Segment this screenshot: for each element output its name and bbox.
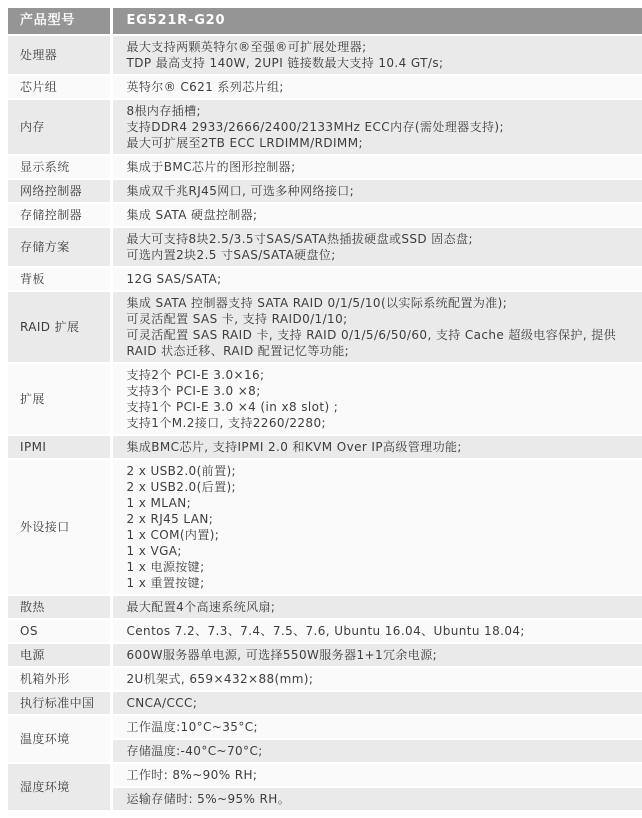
spec-row-value: 8根内存插槽;支持DDR4 2933/2666/2400/2133MHz ECC… <box>111 99 642 155</box>
spec-row-label: 电源 <box>8 643 111 667</box>
spec-row-label: 扩展 <box>8 363 111 435</box>
spec-row-label: OS <box>8 619 111 643</box>
spec-row: 网络控制器集成双千兆RJ45网口, 可选多种网络接口; <box>8 179 642 203</box>
spec-table: 产品型号 EG521R-G20 处理器最大支持两颗英特尔®至强®可扩展处理器;T… <box>8 8 642 812</box>
spec-row-value: 集成双千兆RJ45网口, 可选多种网络接口; <box>111 179 642 203</box>
spec-value-line: 存储温度:-40°C~70°C; <box>127 743 633 759</box>
spec-row: OSCentos 7.2、7.3、7.4、7.5、7.6, Ubuntu 16.… <box>8 619 642 643</box>
spec-row-value: 最大可支持8块2.5/3.5寸SAS/SATA热插拔硬盘或SSD 固态盘;可选内… <box>111 227 642 267</box>
spec-row-label: 机箱外形 <box>8 667 111 691</box>
spec-row: 电源600W服务器单电源, 可选择550W服务器1+1冗余电源; <box>8 643 642 667</box>
spec-value-line: 集成于BMC芯片的图形控制器; <box>127 159 633 175</box>
spec-row: 存储方案最大可支持8块2.5/3.5寸SAS/SATA热插拔硬盘或SSD 固态盘… <box>8 227 642 267</box>
spec-value-line: 集成双千兆RJ45网口, 可选多种网络接口; <box>127 183 633 199</box>
spec-row-label: 背板 <box>8 267 111 291</box>
spec-table-body: 处理器最大支持两颗英特尔®至强®可扩展处理器;TDP 最高支持 140W, 2U… <box>8 35 642 811</box>
spec-row-value: 2U机架式, 659×432×88(mm); <box>111 667 642 691</box>
spec-value-line: 支持3个 PCI-E 3.0 ×8; <box>127 383 633 399</box>
spec-row: 显示系统集成于BMC芯片的图形控制器; <box>8 155 642 179</box>
spec-value-line: 12G SAS/SATA; <box>127 271 633 287</box>
spec-row: 执行标准中国CNCA/CCC; <box>8 691 642 715</box>
spec-row: IPMI集成BMC芯片, 支持IPMI 2.0 和KVM Over IP高级管理… <box>8 435 642 459</box>
spec-row-value: 集成 SATA 硬盘控制器; <box>111 203 642 227</box>
spec-row-label: 湿度环境 <box>8 763 111 811</box>
table-header-row: 产品型号 EG521R-G20 <box>8 8 642 35</box>
spec-row-value: 工作时: 8%~90% RH; <box>111 763 642 787</box>
spec-row: 扩展支持2个 PCI-E 3.0×16;支持3个 PCI-E 3.0 ×8;支持… <box>8 363 642 435</box>
spec-row-value: 12G SAS/SATA; <box>111 267 642 291</box>
spec-value-line: 支持DDR4 2933/2666/2400/2133MHz ECC内存(需处理器… <box>127 119 633 135</box>
spec-row-value: 运输存储时: 5%~95% RH。 <box>111 787 642 811</box>
spec-value-line: 集成 SATA 硬盘控制器; <box>127 207 633 223</box>
spec-row-value: Centos 7.2、7.3、7.4、7.5、7.6, Ubuntu 16.04… <box>111 619 642 643</box>
spec-value-line: 工作时: 8%~90% RH; <box>127 767 633 783</box>
spec-row-label: 内存 <box>8 99 111 155</box>
spec-value-line: TDP 最高支持 140W, 2UPI 链接数最大支持 10.4 GT/s; <box>127 55 633 71</box>
spec-row: 温度环境工作温度:10°C~35°C; <box>8 715 642 739</box>
spec-row: 机箱外形2U机架式, 659×432×88(mm); <box>8 667 642 691</box>
spec-value-line: 可选内置2块2.5 寸SAS/SATA硬盘位; <box>127 247 633 263</box>
product-model-value: EG521R-G20 <box>111 8 642 35</box>
spec-value-line: 运输存储时: 5%~95% RH。 <box>127 791 633 807</box>
spec-row-label: 存储控制器 <box>8 203 111 227</box>
spec-row: 存储控制器集成 SATA 硬盘控制器; <box>8 203 642 227</box>
spec-value-line: 2 x USB2.0(后置); <box>127 479 633 495</box>
spec-value-line: 支持2个 PCI-E 3.0×16; <box>127 367 633 383</box>
spec-value-line: 1 x VGA; <box>127 543 633 559</box>
spec-row-label: 显示系统 <box>8 155 111 179</box>
spec-row: RAID 扩展集成 SATA 控制器支持 SATA RAID 0/1/5/10(… <box>8 291 642 363</box>
spec-value-line: 工作温度:10°C~35°C; <box>127 719 633 735</box>
spec-row: 芯片组英特尔® C621 系列芯片组; <box>8 75 642 99</box>
spec-value-line: 最大支持两颗英特尔®至强®可扩展处理器; <box>127 39 633 55</box>
spec-value-line: 可灵活配置 SAS 卡, 支持 RAID0/1/10; <box>127 311 633 327</box>
product-model-label: 产品型号 <box>8 8 111 35</box>
spec-value-line: 英特尔® C621 系列芯片组; <box>127 79 633 95</box>
spec-row: 散热最大配置4个高速系统风扇; <box>8 595 642 619</box>
spec-value-line: Centos 7.2、7.3、7.4、7.5、7.6, Ubuntu 16.04… <box>127 623 633 639</box>
spec-row: 内存8根内存插槽;支持DDR4 2933/2666/2400/2133MHz E… <box>8 99 642 155</box>
spec-row-label: 网络控制器 <box>8 179 111 203</box>
spec-page: 产品型号 EG521R-G20 处理器最大支持两颗英特尔®至强®可扩展处理器;T… <box>0 0 642 818</box>
spec-row-label: 存储方案 <box>8 227 111 267</box>
spec-row: 背板12G SAS/SATA; <box>8 267 642 291</box>
spec-row-value: 集成BMC芯片, 支持IPMI 2.0 和KVM Over IP高级管理功能; <box>111 435 642 459</box>
spec-row-value: 集成 SATA 控制器支持 SATA RAID 0/1/5/10(以实际系统配置… <box>111 291 642 363</box>
spec-value-line: 2 x USB2.0(前置); <box>127 463 633 479</box>
spec-row-value: 工作温度:10°C~35°C; <box>111 715 642 739</box>
spec-value-line: 可灵活配置 SAS RAID 卡, 支持 RAID 0/1/5/6/50/60,… <box>127 327 633 359</box>
spec-row-label: RAID 扩展 <box>8 291 111 363</box>
spec-row-label: IPMI <box>8 435 111 459</box>
spec-value-line: 600W服务器单电源, 可选择550W服务器1+1冗余电源; <box>127 647 633 663</box>
spec-value-line: 集成 SATA 控制器支持 SATA RAID 0/1/5/10(以实际系统配置… <box>127 295 633 311</box>
spec-row-label: 温度环境 <box>8 715 111 763</box>
spec-row-value: 2 x USB2.0(前置);2 x USB2.0(后置);1 x MLAN;2… <box>111 459 642 595</box>
spec-row-value: 英特尔® C621 系列芯片组; <box>111 75 642 99</box>
spec-value-line: 2U机架式, 659×432×88(mm); <box>127 671 633 687</box>
spec-row-value: 600W服务器单电源, 可选择550W服务器1+1冗余电源; <box>111 643 642 667</box>
spec-row: 湿度环境工作时: 8%~90% RH; <box>8 763 642 787</box>
spec-row-value: 最大支持两颗英特尔®至强®可扩展处理器;TDP 最高支持 140W, 2UPI … <box>111 35 642 75</box>
spec-row-label: 散热 <box>8 595 111 619</box>
spec-value-line: 最大配置4个高速系统风扇; <box>127 599 633 615</box>
spec-row-value: 最大配置4个高速系统风扇; <box>111 595 642 619</box>
spec-row: 外设接口2 x USB2.0(前置);2 x USB2.0(后置);1 x ML… <box>8 459 642 595</box>
spec-value-line: 支持1个 PCI-E 3.0 ×4 (in x8 slot) ; <box>127 399 633 415</box>
spec-row-value: 存储温度:-40°C~70°C; <box>111 739 642 763</box>
spec-row-label: 芯片组 <box>8 75 111 99</box>
spec-row-label: 执行标准中国 <box>8 691 111 715</box>
spec-value-line: CNCA/CCC; <box>127 695 633 711</box>
spec-row-value: CNCA/CCC; <box>111 691 642 715</box>
spec-value-line: 最大可扩展至2TB ECC LRDIMM/RDIMM; <box>127 135 633 151</box>
spec-value-line: 支持1个M.2接口, 支持2260/2280; <box>127 415 633 431</box>
spec-row-value: 集成于BMC芯片的图形控制器; <box>111 155 642 179</box>
spec-value-line: 2 x RJ45 LAN; <box>127 511 633 527</box>
spec-row-label: 外设接口 <box>8 459 111 595</box>
spec-value-line: 集成BMC芯片, 支持IPMI 2.0 和KVM Over IP高级管理功能; <box>127 439 633 455</box>
spec-value-line: 8根内存插槽; <box>127 103 633 119</box>
spec-value-line: 最大可支持8块2.5/3.5寸SAS/SATA热插拔硬盘或SSD 固态盘; <box>127 231 633 247</box>
spec-value-line: 1 x MLAN; <box>127 495 633 511</box>
spec-row: 处理器最大支持两颗英特尔®至强®可扩展处理器;TDP 最高支持 140W, 2U… <box>8 35 642 75</box>
spec-value-line: 1 x 电源按键; <box>127 559 633 575</box>
spec-row-label: 处理器 <box>8 35 111 75</box>
spec-row-value: 支持2个 PCI-E 3.0×16;支持3个 PCI-E 3.0 ×8;支持1个… <box>111 363 642 435</box>
spec-value-line: 1 x 重置按键; <box>127 575 633 591</box>
spec-value-line: 1 x COM(内置); <box>127 527 633 543</box>
